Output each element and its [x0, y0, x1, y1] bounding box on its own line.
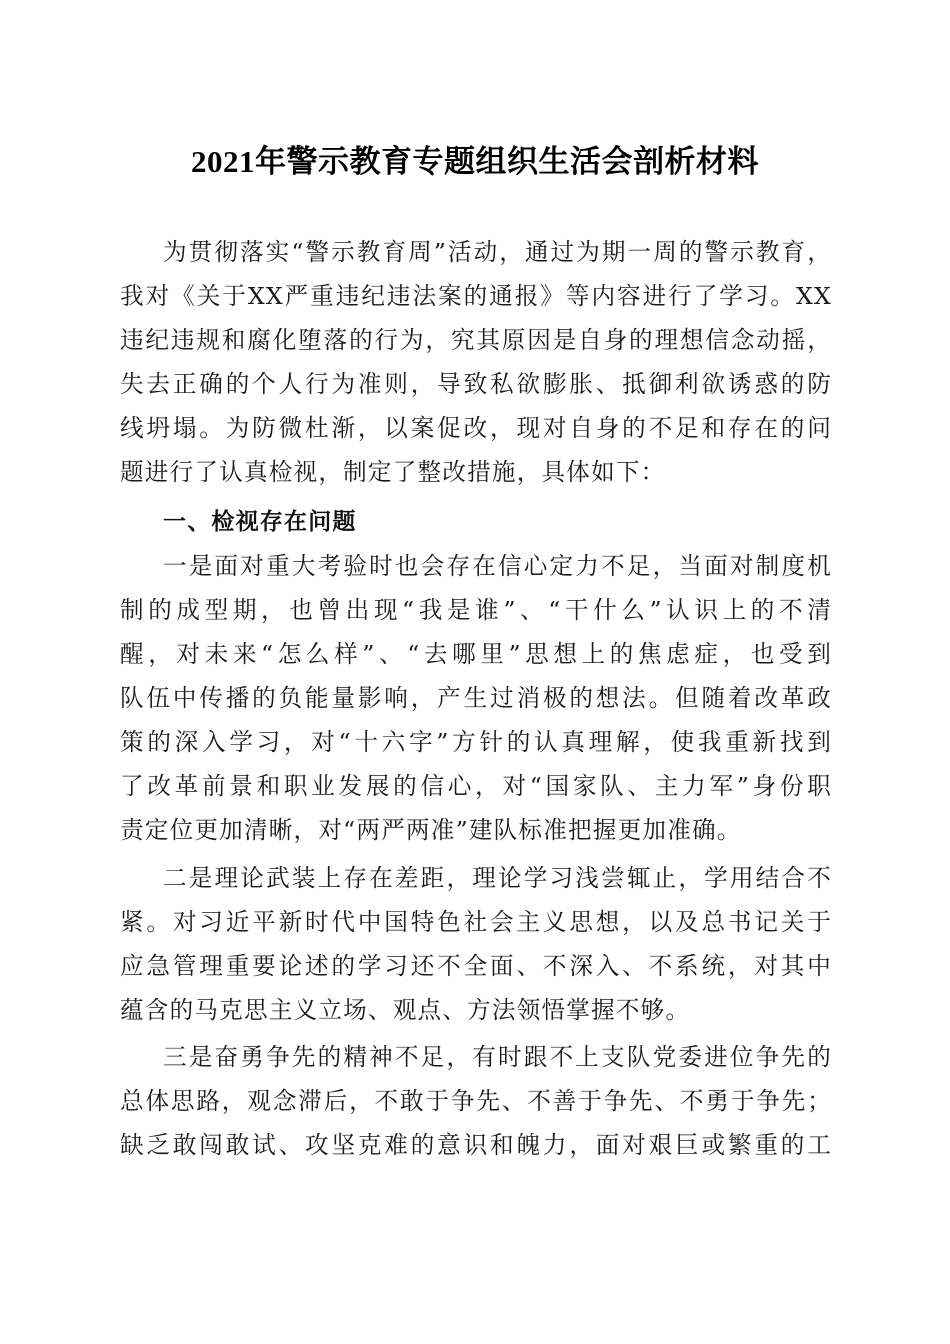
paragraph-line: 我对《关于XX严重违纪违法案的通报》等内容进行了学习。XX: [120, 274, 832, 318]
paragraph-line: 制的成型期，也曾出现“我是谁”、“干什么”认识上的不清: [120, 588, 832, 632]
paragraph-line: 队伍中传播的负能量影响，产生过消极的想法。但随着改革政: [120, 676, 832, 720]
paragraph-line: 题进行了认真检视，制定了整改措施，具体如下：: [120, 450, 832, 494]
issue-paragraph-2: 二是理论武装上存在差距，理论学习浅尝辄止，学用结合不 紧。对习近平新时代中国特色…: [120, 856, 832, 1032]
intro-paragraph: 为贯彻落实“警示教育周”活动，通过为期一周的警示教育， 我对《关于XX严重违纪违…: [120, 230, 832, 494]
paragraph-line: 醒，对未来“怎么样”、“去哪里”思想上的焦虑症，也受到: [120, 632, 832, 676]
document-title: 2021年警示教育专题组织生活会剖析材料: [0, 140, 950, 184]
paragraph-line: 蕴含的马克思主义立场、观点、方法领悟掌握不够。: [120, 988, 832, 1032]
paragraph-line: 三是奋勇争先的精神不足，有时跟不上支队党委进位争先的: [120, 1035, 832, 1079]
paragraph-line: 了改革前景和职业发展的信心，对“国家队、主力军”身份职: [120, 764, 832, 808]
paragraph-line: 策的深入学习，对“十六字”方针的认真理解，使我重新找到: [120, 720, 832, 764]
issue-paragraph-3: 三是奋勇争先的精神不足，有时跟不上支队党委进位争先的 总体思路，观念滞后，不敢于…: [120, 1035, 832, 1167]
paragraph-line: 二是理论武装上存在差距，理论学习浅尝辄止，学用结合不: [120, 856, 832, 900]
paragraph-line: 失去正确的个人行为准则，导致私欲膨胀、抵御利欲诱惑的防: [120, 362, 832, 406]
document-page: 2021年警示教育专题组织生活会剖析材料 为贯彻落实“警示教育周”活动，通过为期…: [0, 0, 950, 1344]
paragraph-line: 缺乏敢闯敢试、攻坚克难的意识和魄力，面对艰巨或繁重的工: [120, 1123, 832, 1167]
paragraph-line: 总体思路，观念滞后，不敢于争先、不善于争先、不勇于争先；: [120, 1079, 832, 1123]
paragraph-line: 违纪违规和腐化堕落的行为，究其原因是自身的理想信念动摇，: [120, 318, 832, 362]
paragraph-line: 为贯彻落实“警示教育周”活动，通过为期一周的警示教育，: [120, 230, 832, 274]
paragraph-line: 一是面对重大考验时也会存在信心定力不足，当面对制度机: [120, 544, 832, 588]
issue-paragraph-1: 一是面对重大考验时也会存在信心定力不足，当面对制度机 制的成型期，也曾出现“我是…: [120, 544, 832, 852]
paragraph-line: 应急管理重要论述的学习还不全面、不深入、不系统，对其中: [120, 944, 832, 988]
section-heading: 一、检视存在问题: [120, 500, 832, 544]
section-heading-container: 一、检视存在问题: [120, 500, 832, 544]
paragraph-line: 责定位更加清晰，对“两严两准”建队标准把握更加准确。: [120, 808, 832, 852]
paragraph-line: 线坍塌。为防微杜渐，以案促改，现对自身的不足和存在的问: [120, 406, 832, 450]
paragraph-line: 紧。对习近平新时代中国特色社会主义思想，以及总书记关于: [120, 900, 832, 944]
